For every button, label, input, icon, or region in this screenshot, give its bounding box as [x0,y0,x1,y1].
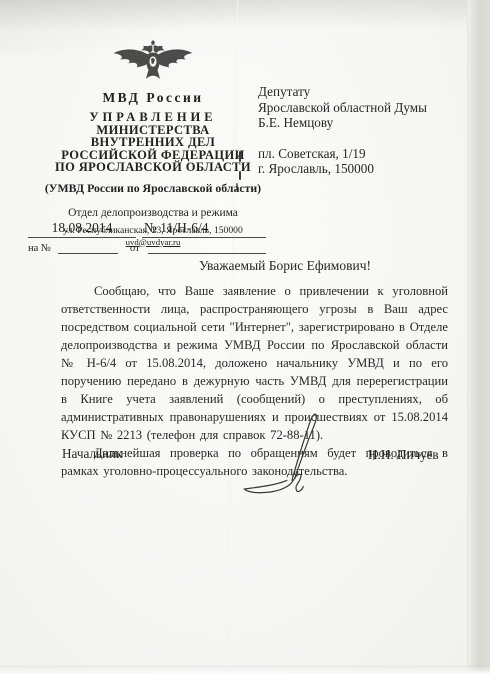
date-number-row: 18.08.2014 № 11/Н-6/4 [28,220,266,238]
reply-reference-row: на № от [28,240,266,254]
org-name-short: МВД России [40,90,266,106]
recipient-gap [258,131,427,146]
letter-number: № 11/Н-6/4 [142,220,266,238]
mvd-eagle-emblem-icon [111,40,195,87]
reply-date-blank [148,253,266,254]
department-name: Отдел делопроизводства и режима [40,207,266,219]
reply-to-number-label: на № [28,243,58,254]
recipient-block: Депутату Ярославской областной Думы Б.Е.… [258,84,427,177]
reply-number-blank [58,253,118,254]
org-line: УПРАВЛЕНИЕ [40,111,266,124]
org-line: ПО ЯРОСЛАВСКОЙ ОБЛАСТИ [40,161,266,174]
reference-block: 18.08.2014 № 11/Н-6/4 на № от [28,220,266,254]
recipient-title: Депутату [258,84,427,100]
signer-position: Начальник [62,446,123,462]
reply-from-date-label: от [130,243,148,254]
org-name-full: УПРАВЛЕНИЕ МИНИСТЕРСТВА ВНУТРЕННИХ ДЕЛ Р… [40,111,266,174]
org-line: ВНУТРЕННИХ ДЕЛ [40,136,266,149]
handwritten-signature-icon [240,408,318,506]
recipient-street: пл. Советская, 1/19 [258,146,427,162]
recipient-organization: Ярославской областной Думы [258,100,427,116]
recipient-name: Б.Е. Немцову [258,115,427,131]
salutation: Уважаемый Борис Ефимович! [80,258,490,274]
org-name-abbreviated: (УМВД России по Ярославской области) [40,181,266,196]
paper-edge-bottom [0,665,490,674]
scanned-letter-page: МВД России УПРАВЛЕНИЕ МИНИСТЕРСТВА ВНУТР… [0,0,490,674]
recipient-city: г. Ярославль, 150000 [258,161,427,177]
letter-date: 18.08.2014 [28,220,136,238]
signer-name: Н.Н. Пичуев [368,447,439,463]
letterhead-block: МВД России УПРАВЛЕНИЕ МИНИСТЕРСТВА ВНУТР… [40,40,266,247]
paper-edge-right [467,0,490,674]
